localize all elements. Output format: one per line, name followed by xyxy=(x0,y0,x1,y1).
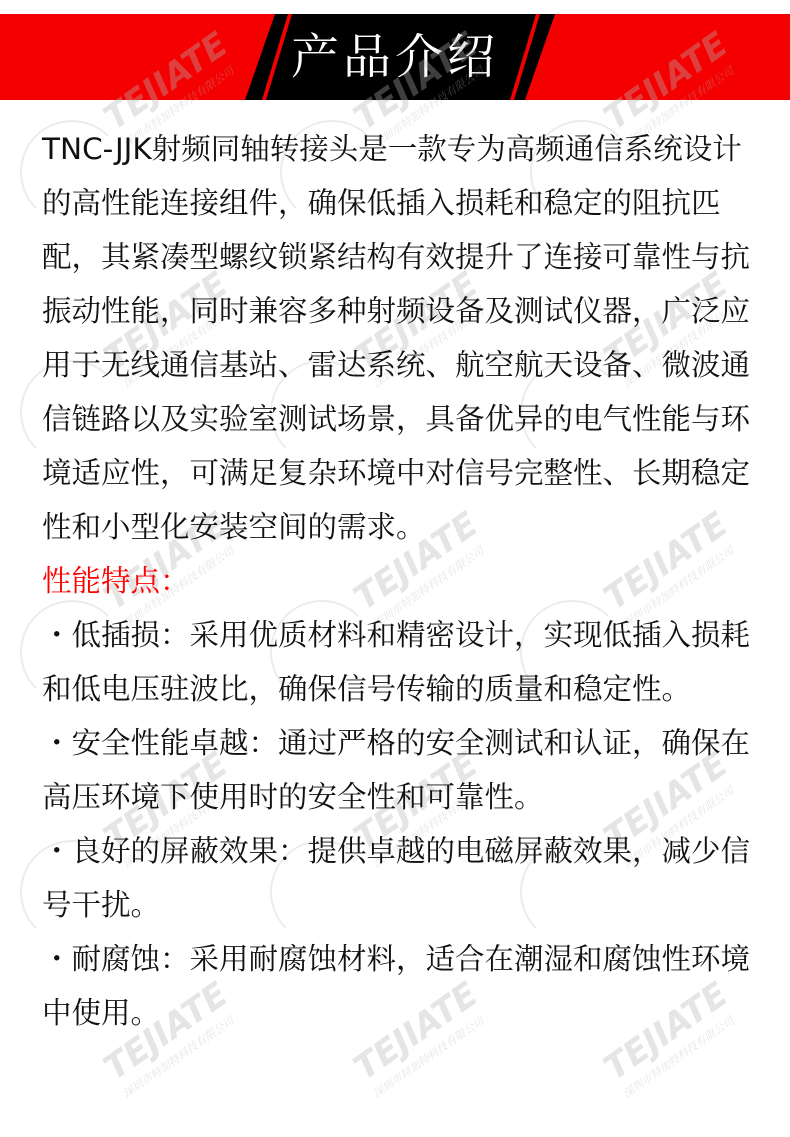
feature-item-corrosion: ・耐腐蚀：采用耐腐蚀材料，适合在潮湿和腐蚀性环境中使用。 xyxy=(42,932,762,1040)
product-description: TNC-JJK射频同轴转接头是一款专为高频通信系统设计的高性能连接组件，确保低插… xyxy=(42,122,762,1040)
features-heading: 性能特点： xyxy=(42,554,762,608)
feature-item-low-loss: ・低插损：采用优质材料和精密设计，实现低插入损耗和低电压驻波比，确保信号传输的质… xyxy=(42,608,762,716)
feature-item-shielding: ・良好的屏蔽效果：提供卓越的电磁屏蔽效果，减少信号干扰。 xyxy=(42,824,762,932)
feature-item-safety: ・安全性能卓越：通过严格的安全测试和认证，确保在高压环境下使用时的安全性和可靠性… xyxy=(42,716,762,824)
intro-paragraph: TNC-JJK射频同轴转接头是一款专为高频通信系统设计的高性能连接组件，确保低插… xyxy=(42,122,762,554)
section-banner: 产品介绍 xyxy=(0,14,790,100)
section-title: 产品介绍 xyxy=(0,24,790,90)
